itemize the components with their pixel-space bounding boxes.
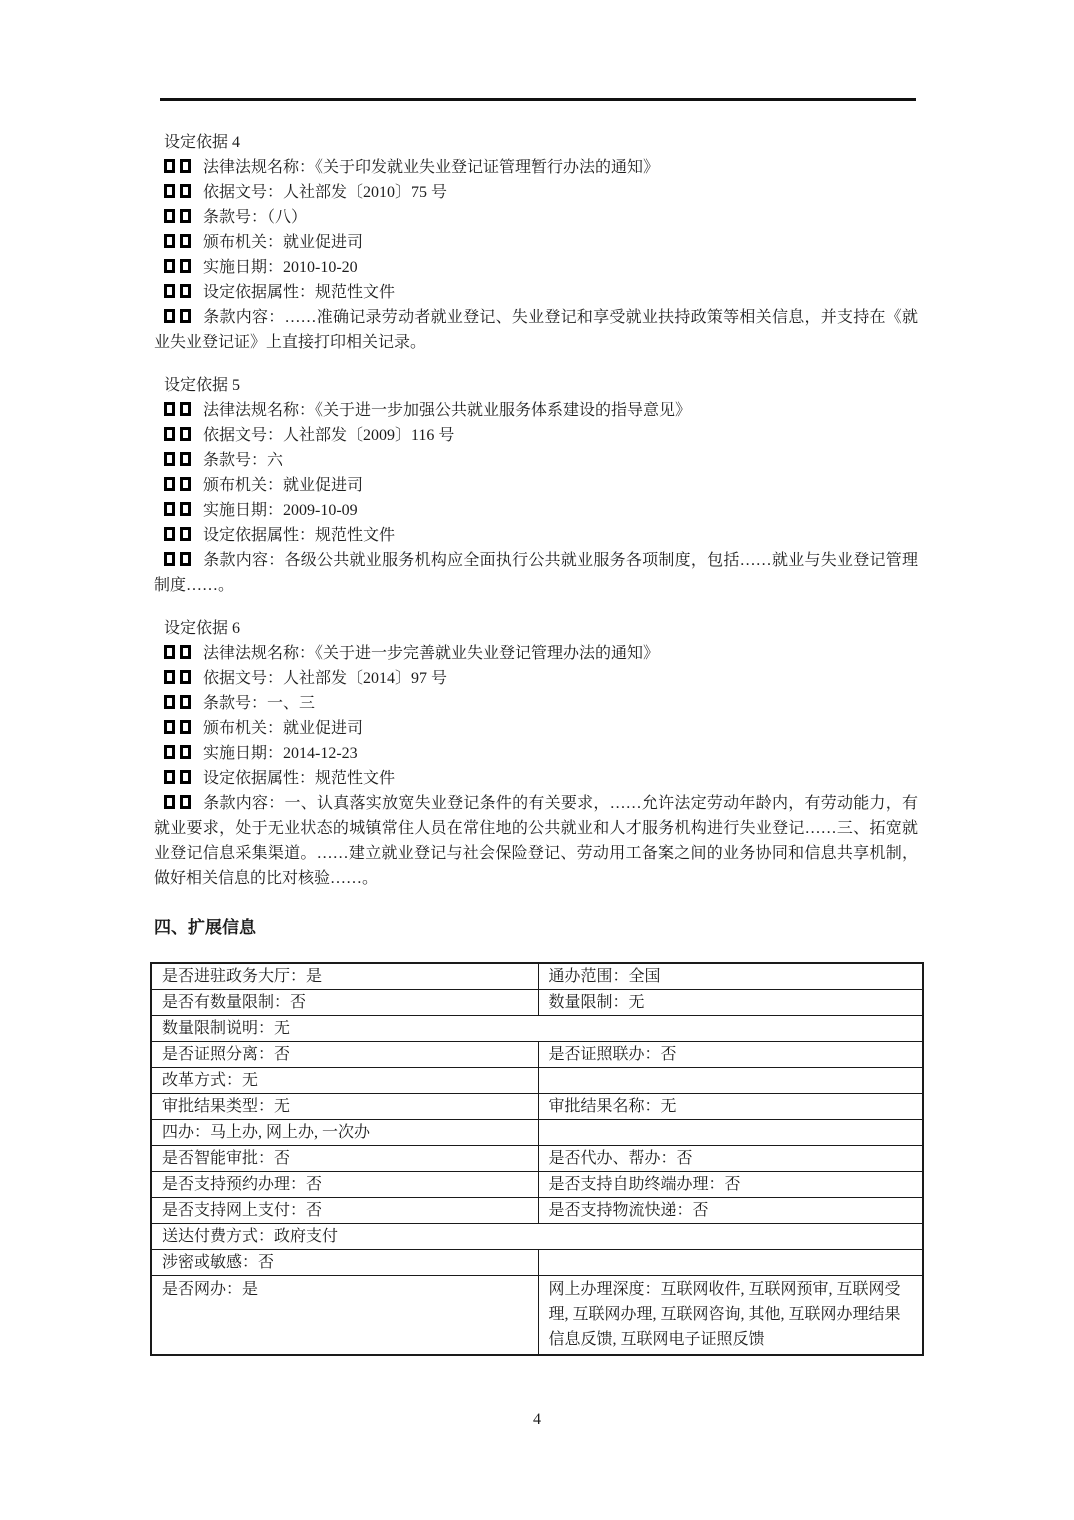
legal-item-line: 法律法规名称：《关于印发就业失业登记证管理暂行办法的通知》 bbox=[154, 155, 918, 180]
placeholder-box-icon bbox=[180, 745, 191, 759]
table-row: 涉密或敏感：否 bbox=[151, 1250, 923, 1276]
section-basis-5: 设定依据 5 法律法规名称：《关于进一步加强公共就业服务体系建设的指导意见》 依… bbox=[154, 373, 918, 598]
legal-item-line: 依据文号：人社部发〔2014〕97 号 bbox=[154, 666, 918, 691]
placeholder-box-icon bbox=[164, 645, 175, 659]
legal-item-line: 条款号：一、三 bbox=[154, 691, 918, 716]
table-cell: 改革方式：无 bbox=[151, 1068, 538, 1094]
placeholder-box-icon bbox=[180, 284, 191, 298]
placeholder-box-icon bbox=[164, 284, 175, 298]
placeholder-box-icon bbox=[180, 309, 191, 323]
legal-item-text: 颁布机关：就业促进司 bbox=[203, 234, 363, 251]
table-row: 是否智能审批：否 是否代办、帮办：否 bbox=[151, 1146, 923, 1172]
placeholder-box-icon bbox=[180, 427, 191, 441]
table-cell: 网上办理深度：互联网收件, 互联网预审, 互联网受理, 互联网办理, 互联网咨询… bbox=[538, 1276, 923, 1356]
legal-item-text: 依据文号：人社部发〔2010〕75 号 bbox=[203, 184, 447, 201]
table-cell: 涉密或敏感：否 bbox=[151, 1250, 538, 1276]
placeholder-box-icon bbox=[164, 209, 175, 223]
legal-item-text: 颁布机关：就业促进司 bbox=[203, 720, 363, 737]
legal-item-text: 条款号：（八） bbox=[203, 209, 307, 226]
table-cell: 是否支持自助终端办理：否 bbox=[538, 1172, 923, 1198]
legal-item-text: 依据文号：人社部发〔2009〕116 号 bbox=[203, 427, 454, 444]
clause-content-text: 条款内容：各级公共就业服务机构应全面执行公共就业服务各项制度，包括……就业与失业… bbox=[154, 552, 918, 594]
legal-item-line: 设定依据属性：规范性文件 bbox=[154, 280, 918, 305]
clause-content-line: 条款内容：……准确记录劳动者就业登记、失业登记和享受就业扶持政策等相关信息，并支… bbox=[154, 305, 918, 355]
table-cell: 是否代办、帮办：否 bbox=[538, 1146, 923, 1172]
legal-item-line: 法律法规名称：《关于进一步加强公共就业服务体系建设的指导意见》 bbox=[154, 398, 918, 423]
table-cell: 是否支持预约办理：否 bbox=[151, 1172, 538, 1198]
table-cell: 是否有数量限制：否 bbox=[151, 990, 538, 1016]
placeholder-box-icon bbox=[164, 402, 175, 416]
placeholder-box-icon bbox=[164, 427, 175, 441]
table-cell: 是否支持物流快递：否 bbox=[538, 1198, 923, 1224]
placeholder-box-icon bbox=[180, 670, 191, 684]
table-cell: 四办：马上办, 网上办, 一次办 bbox=[151, 1120, 538, 1146]
table-cell: 是否网办：是 bbox=[151, 1276, 538, 1356]
table-cell: 通办范围：全国 bbox=[538, 963, 923, 990]
legal-item-line: 依据文号：人社部发〔2010〕75 号 bbox=[154, 180, 918, 205]
table-row: 是否支持网上支付：否 是否支持物流快递：否 bbox=[151, 1198, 923, 1224]
placeholder-box-icon bbox=[180, 209, 191, 223]
clause-content-text: 条款内容：……准确记录劳动者就业登记、失业登记和享受就业扶持政策等相关信息，并支… bbox=[154, 309, 918, 351]
document-page: 设定依据 4 法律法规名称：《关于印发就业失业登记证管理暂行办法的通知》 依据文… bbox=[0, 0, 1074, 1520]
legal-item-text: 设定依据属性：规范性文件 bbox=[203, 527, 395, 544]
section-title: 设定依据 5 bbox=[154, 373, 918, 398]
placeholder-box-icon bbox=[164, 527, 175, 541]
legal-item-text: 实施日期：2014-12-23 bbox=[203, 745, 358, 762]
placeholder-box-icon bbox=[180, 477, 191, 491]
legal-item-line: 条款号：六 bbox=[154, 448, 918, 473]
table-cell: 审批结果名称：无 bbox=[538, 1094, 923, 1120]
legal-item-text: 法律法规名称：《关于进一步完善就业失业登记管理办法的通知》 bbox=[203, 645, 659, 662]
legal-item-text: 颁布机关：就业促进司 bbox=[203, 477, 363, 494]
table-row: 是否证照分离：否 是否证照联办：否 bbox=[151, 1042, 923, 1068]
legal-item-text: 法律法规名称：《关于印发就业失业登记证管理暂行办法的通知》 bbox=[203, 159, 659, 176]
legal-item-text: 依据文号：人社部发〔2014〕97 号 bbox=[203, 670, 447, 687]
legal-item-text: 条款号：一、三 bbox=[203, 695, 315, 712]
table-cell: 数量限制：无 bbox=[538, 990, 923, 1016]
table-cell: 是否进驻政务大厅：是 bbox=[151, 963, 538, 990]
placeholder-box-icon bbox=[180, 452, 191, 466]
document-content: 设定依据 4 法律法规名称：《关于印发就业失业登记证管理暂行办法的通知》 依据文… bbox=[154, 130, 918, 1356]
legal-item-line: 颁布机关：就业促进司 bbox=[154, 716, 918, 741]
table-cell bbox=[538, 1068, 923, 1094]
table-row: 是否支持预约办理：否 是否支持自助终端办理：否 bbox=[151, 1172, 923, 1198]
placeholder-box-icon bbox=[180, 502, 191, 516]
table-row: 是否有数量限制：否 数量限制：无 bbox=[151, 990, 923, 1016]
placeholder-box-icon bbox=[180, 402, 191, 416]
placeholder-box-icon bbox=[164, 259, 175, 273]
page-number: 4 bbox=[0, 1408, 1074, 1432]
extended-info-heading: 四、扩展信息 bbox=[154, 915, 918, 940]
placeholder-box-icon bbox=[164, 670, 175, 684]
table-cell bbox=[538, 1250, 923, 1276]
table-cell: 审批结果类型：无 bbox=[151, 1094, 538, 1120]
legal-item-text: 实施日期：2009-10-09 bbox=[203, 502, 358, 519]
table-cell: 是否智能审批：否 bbox=[151, 1146, 538, 1172]
placeholder-box-icon bbox=[180, 645, 191, 659]
placeholder-box-icon bbox=[164, 159, 175, 173]
placeholder-box-icon bbox=[180, 795, 191, 809]
legal-item-text: 设定依据属性：规范性文件 bbox=[203, 770, 395, 787]
table-row: 四办：马上办, 网上办, 一次办 bbox=[151, 1120, 923, 1146]
section-basis-4: 设定依据 4 法律法规名称：《关于印发就业失业登记证管理暂行办法的通知》 依据文… bbox=[154, 130, 918, 355]
placeholder-box-icon bbox=[164, 745, 175, 759]
legal-item-text: 实施日期：2010-10-20 bbox=[203, 259, 358, 276]
table-row: 改革方式：无 bbox=[151, 1068, 923, 1094]
placeholder-box-icon bbox=[164, 234, 175, 248]
table-cell bbox=[538, 1120, 923, 1146]
table-row: 审批结果类型：无 审批结果名称：无 bbox=[151, 1094, 923, 1120]
clause-content-line: 条款内容：各级公共就业服务机构应全面执行公共就业服务各项制度，包括……就业与失业… bbox=[154, 548, 918, 598]
placeholder-box-icon bbox=[180, 527, 191, 541]
extended-info-table: 是否进驻政务大厅：是 通办范围：全国 是否有数量限制：否 数量限制：无 数量限制… bbox=[150, 962, 924, 1356]
placeholder-box-icon bbox=[164, 770, 175, 784]
legal-item-line: 实施日期：2010-10-20 bbox=[154, 255, 918, 280]
legal-item-line: 设定依据属性：规范性文件 bbox=[154, 523, 918, 548]
placeholder-box-icon bbox=[164, 552, 175, 566]
table-row: 是否网办：是 网上办理深度：互联网收件, 互联网预审, 互联网受理, 互联网办理… bbox=[151, 1276, 923, 1356]
placeholder-box-icon bbox=[164, 477, 175, 491]
placeholder-box-icon bbox=[180, 552, 191, 566]
legal-item-line: 条款号：（八） bbox=[154, 205, 918, 230]
table-cell: 数量限制说明：无 bbox=[151, 1016, 923, 1042]
placeholder-box-icon bbox=[164, 309, 175, 323]
placeholder-box-icon bbox=[180, 184, 191, 198]
placeholder-box-icon bbox=[180, 720, 191, 734]
table-cell: 是否证照分离：否 bbox=[151, 1042, 538, 1068]
legal-item-text: 法律法规名称：《关于进一步加强公共就业服务体系建设的指导意见》 bbox=[203, 402, 691, 419]
legal-item-line: 实施日期：2014-12-23 bbox=[154, 741, 918, 766]
legal-item-line: 颁布机关：就业促进司 bbox=[154, 230, 918, 255]
clause-content-line: 条款内容：一、认真落实放宽失业登记条件的有关要求，……允许法定劳动年龄内，有劳动… bbox=[154, 791, 918, 891]
table-cell: 是否证照联办：否 bbox=[538, 1042, 923, 1068]
section-title: 设定依据 6 bbox=[154, 616, 918, 641]
legal-item-text: 条款号：六 bbox=[203, 452, 283, 469]
placeholder-box-icon bbox=[180, 259, 191, 273]
table-cell: 是否支持网上支付：否 bbox=[151, 1198, 538, 1224]
table-cell: 送达付费方式：政府支付 bbox=[151, 1224, 923, 1250]
legal-item-line: 颁布机关：就业促进司 bbox=[154, 473, 918, 498]
page-header-rule bbox=[160, 98, 916, 101]
table-row: 数量限制说明：无 bbox=[151, 1016, 923, 1042]
placeholder-box-icon bbox=[164, 184, 175, 198]
placeholder-box-icon bbox=[164, 452, 175, 466]
placeholder-box-icon bbox=[180, 770, 191, 784]
placeholder-box-icon bbox=[164, 720, 175, 734]
legal-item-line: 设定依据属性：规范性文件 bbox=[154, 766, 918, 791]
table-row: 送达付费方式：政府支付 bbox=[151, 1224, 923, 1250]
placeholder-box-icon bbox=[180, 234, 191, 248]
placeholder-box-icon bbox=[164, 502, 175, 516]
placeholder-box-icon bbox=[180, 159, 191, 173]
clause-content-text: 条款内容：一、认真落实放宽失业登记条件的有关要求，……允许法定劳动年龄内，有劳动… bbox=[154, 795, 918, 887]
legal-item-line: 依据文号：人社部发〔2009〕116 号 bbox=[154, 423, 918, 448]
section-basis-6: 设定依据 6 法律法规名称：《关于进一步完善就业失业登记管理办法的通知》 依据文… bbox=[154, 616, 918, 891]
placeholder-box-icon bbox=[164, 795, 175, 809]
table-row: 是否进驻政务大厅：是 通办范围：全国 bbox=[151, 963, 923, 990]
placeholder-box-icon bbox=[180, 695, 191, 709]
legal-item-text: 设定依据属性：规范性文件 bbox=[203, 284, 395, 301]
section-title: 设定依据 4 bbox=[154, 130, 918, 155]
legal-item-line: 实施日期：2009-10-09 bbox=[154, 498, 918, 523]
legal-item-line: 法律法规名称：《关于进一步完善就业失业登记管理办法的通知》 bbox=[154, 641, 918, 666]
placeholder-box-icon bbox=[164, 695, 175, 709]
